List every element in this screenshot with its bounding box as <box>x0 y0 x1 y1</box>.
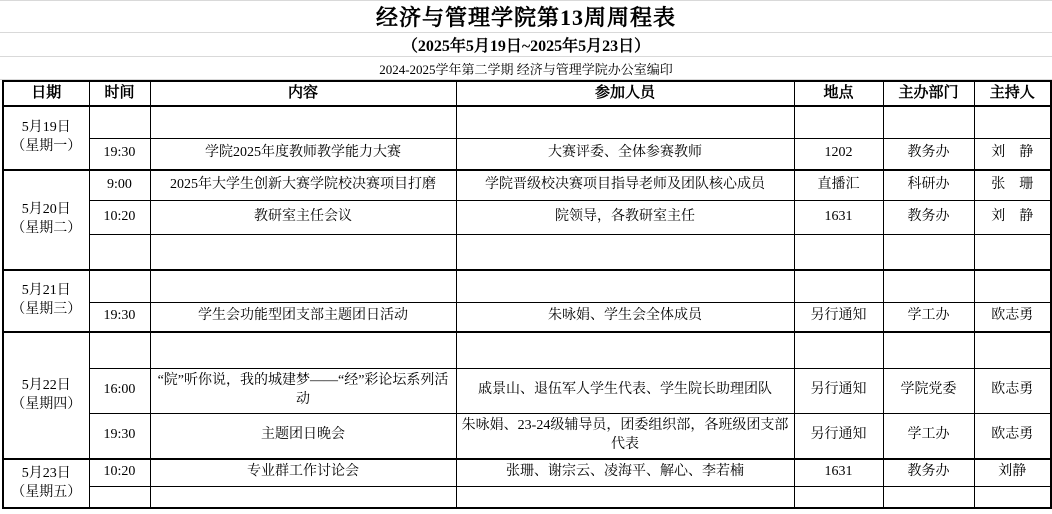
location-cell <box>794 486 883 508</box>
table-row <box>3 486 1051 508</box>
column-header-time: 时间 <box>89 81 150 106</box>
participants-cell: 院领导，各教研室主任 <box>456 200 794 234</box>
date-cell: 5月20日 （星期二） <box>3 170 89 270</box>
date-cell: 5月21日 （星期三） <box>3 270 89 332</box>
department-cell: 科研办 <box>883 170 974 200</box>
content-cell: 学院2025年度教师教学能力大赛 <box>150 138 456 170</box>
department-cell <box>883 234 974 270</box>
host-cell <box>974 234 1051 270</box>
table-row: 5月21日 （星期三） <box>3 270 1051 302</box>
content-cell: 2025年大学生创新大赛学院校决赛项目打磨 <box>150 170 456 200</box>
time-cell <box>89 234 150 270</box>
content-cell <box>150 270 456 302</box>
table-row: 16:00 “院”听你说，我的城建梦——“经”彩论坛系列活动 戚景山、退伍军人学… <box>3 368 1051 413</box>
column-header-department: 主办部门 <box>883 81 974 106</box>
location-cell <box>794 332 883 368</box>
host-cell: 欧志勇 <box>974 302 1051 332</box>
table-row <box>3 234 1051 270</box>
host-cell: 刘 静 <box>974 200 1051 234</box>
host-cell <box>974 332 1051 368</box>
time-cell: 9:00 <box>89 170 150 200</box>
content-cell: 主题团日晚会 <box>150 413 456 459</box>
time-cell: 19:30 <box>89 302 150 332</box>
department-cell <box>883 486 974 508</box>
content-cell <box>150 234 456 270</box>
content-cell: 专业群工作讨论会 <box>150 459 456 486</box>
department-cell: 学工办 <box>883 302 974 332</box>
edition-note: 2024-2025学年第二学期 经济与管理学院办公室编印 <box>0 57 1052 80</box>
department-cell: 教务办 <box>883 459 974 486</box>
content-cell <box>150 332 456 368</box>
time-cell: 19:30 <box>89 413 150 459</box>
time-cell <box>89 332 150 368</box>
table-row: 5月19日 （星期一） <box>3 106 1051 138</box>
location-cell: 1631 <box>794 200 883 234</box>
table-row: 19:30 学生会功能型团支部主题团日活动 朱咏娟、学生会全体成员 另行通知 学… <box>3 302 1051 332</box>
table-row: 10:20 教研室主任会议 院领导，各教研室主任 1631 教务办 刘 静 <box>3 200 1051 234</box>
column-header-location: 地点 <box>794 81 883 106</box>
location-cell <box>794 106 883 138</box>
host-cell: 欧志勇 <box>974 368 1051 413</box>
content-cell: 学生会功能型团支部主题团日活动 <box>150 302 456 332</box>
date-range: （2025年5月19日~2025年5月23日） <box>0 33 1052 57</box>
location-cell: 另行通知 <box>794 302 883 332</box>
department-cell <box>883 106 974 138</box>
department-cell: 教务办 <box>883 138 974 170</box>
participants-cell: 朱咏娟、学生会全体成员 <box>456 302 794 332</box>
department-cell: 学工办 <box>883 413 974 459</box>
header-row: 日期 时间 内容 参加人员 地点 主办部门 主持人 <box>3 81 1051 106</box>
location-cell <box>794 234 883 270</box>
time-cell <box>89 106 150 138</box>
time-cell <box>89 270 150 302</box>
location-cell: 1202 <box>794 138 883 170</box>
participants-cell <box>456 486 794 508</box>
table-row: 5月22日 （星期四） <box>3 332 1051 368</box>
table-row: 5月23日 （星期五） 10:20 专业群工作讨论会 张珊、谢宗云、凌海平、解心… <box>3 459 1051 486</box>
host-cell <box>974 270 1051 302</box>
department-cell <box>883 270 974 302</box>
participants-cell: 朱咏娟、23-24级辅导员，团委组织部，各班级团支部代表 <box>456 413 794 459</box>
column-header-participants: 参加人员 <box>456 81 794 106</box>
location-cell: 1631 <box>794 459 883 486</box>
host-cell <box>974 106 1051 138</box>
participants-cell: 戚景山、退伍军人学生代表、学生院长助理团队 <box>456 368 794 413</box>
participants-cell <box>456 332 794 368</box>
participants-cell <box>456 234 794 270</box>
time-cell <box>89 486 150 508</box>
location-cell: 另行通知 <box>794 368 883 413</box>
table-row: 5月20日 （星期二） 9:00 2025年大学生创新大赛学院校决赛项目打磨 学… <box>3 170 1051 200</box>
time-cell: 19:30 <box>89 138 150 170</box>
column-header-host: 主持人 <box>974 81 1051 106</box>
time-cell: 16:00 <box>89 368 150 413</box>
participants-cell <box>456 270 794 302</box>
location-cell <box>794 270 883 302</box>
content-cell: “院”听你说，我的城建梦——“经”彩论坛系列活动 <box>150 368 456 413</box>
column-header-content: 内容 <box>150 81 456 106</box>
host-cell: 刘静 <box>974 459 1051 486</box>
schedule-table: 日期 时间 内容 参加人员 地点 主办部门 主持人 5月19日 （星期一） 19… <box>2 80 1052 509</box>
table-row: 19:30 学院2025年度教师教学能力大赛 大赛评委、全体参赛教师 1202 … <box>3 138 1051 170</box>
department-cell: 学院党委 <box>883 368 974 413</box>
schedule-page: 经济与管理学院第13周周程表 （2025年5月19日~2025年5月23日） 2… <box>0 0 1052 514</box>
date-cell: 5月22日 （星期四） <box>3 332 89 459</box>
department-cell: 教务办 <box>883 200 974 234</box>
location-cell: 直播汇 <box>794 170 883 200</box>
column-header-date: 日期 <box>3 81 89 106</box>
participants-cell <box>456 106 794 138</box>
host-cell: 刘 静 <box>974 138 1051 170</box>
participants-cell: 张珊、谢宗云、凌海平、解心、李若楠 <box>456 459 794 486</box>
table-row: 19:30 主题团日晚会 朱咏娟、23-24级辅导员，团委组织部，各班级团支部代… <box>3 413 1051 459</box>
participants-cell: 大赛评委、全体参赛教师 <box>456 138 794 170</box>
department-cell <box>883 332 974 368</box>
content-cell: 教研室主任会议 <box>150 200 456 234</box>
location-cell: 另行通知 <box>794 413 883 459</box>
time-cell: 10:20 <box>89 459 150 486</box>
host-cell: 张 珊 <box>974 170 1051 200</box>
date-cell: 5月19日 （星期一） <box>3 106 89 170</box>
host-cell: 欧志勇 <box>974 413 1051 459</box>
date-cell: 5月23日 （星期五） <box>3 459 89 508</box>
participants-cell: 学院晋级校决赛项目指导老师及团队核心成员 <box>456 170 794 200</box>
content-cell <box>150 106 456 138</box>
time-cell: 10:20 <box>89 200 150 234</box>
host-cell <box>974 486 1051 508</box>
content-cell <box>150 486 456 508</box>
page-title: 经济与管理学院第13周周程表 <box>0 0 1052 33</box>
